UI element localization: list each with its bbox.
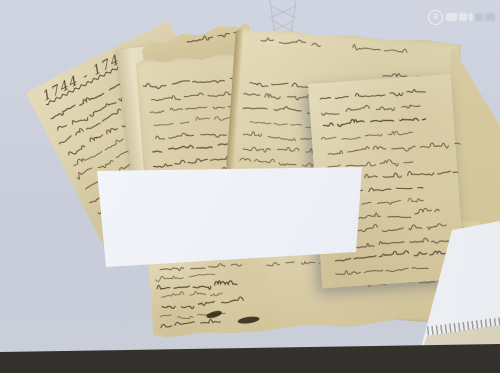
- photo-of-manuscripts: 1744 - 1749 a: [0, 0, 500, 373]
- circled-a-logo-icon: a: [428, 10, 443, 25]
- watermark-text-blur: [446, 13, 495, 21]
- watermark-logo: a: [428, 8, 494, 26]
